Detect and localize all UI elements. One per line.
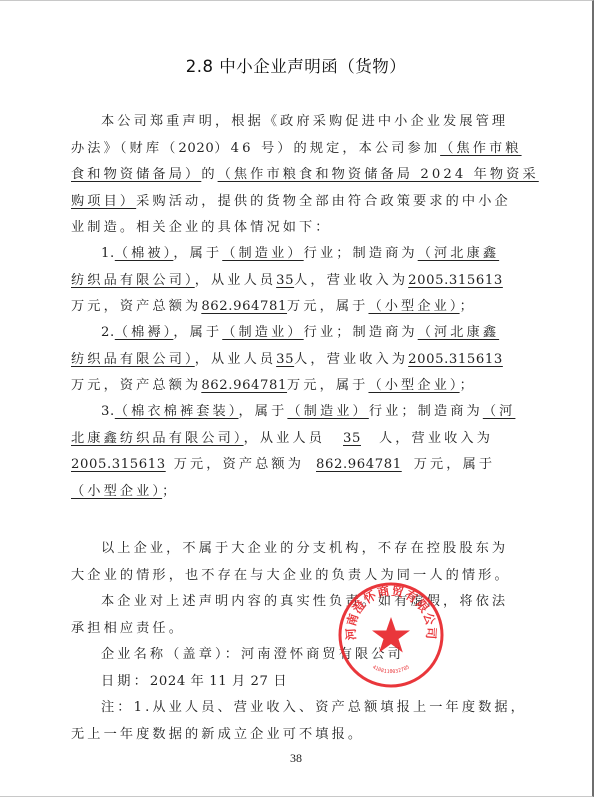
item-index: 3. [101,404,115,419]
text: 办法》（财库（ [71,141,178,156]
text: ，属于 [173,325,222,340]
svg-text:4108110032785: 4108110032785 [371,664,410,675]
seal-code: 4108110032785 [371,664,410,675]
text: 行业；制造商为 [304,246,418,261]
company-seal-stamp: 河南澄怀商贸有限公司 4108110032785 [337,581,445,689]
intro-line-2: 办法》（财库（2020）46 号）的规定，本公司参加（焦作市粮 [71,136,523,163]
signature-block: 企业名称（盖章）：河南澄怀商贸有限公司 日期：2024 年 11 月 27 日 [71,642,523,695]
manufacturer: （河 [483,404,516,419]
statement-line-1: 以上企业，不属于大企业的分支机构，不存在控股股东为 [71,536,523,563]
project-name: （焦作市粮食和物资储备局 2024 年物资采 [218,167,539,182]
document-page: 2.8 中小企业声明函（货物） 本公司郑重声明，根据《政府采购促进中小企业发展管… [0,0,594,797]
text: ，属于 [239,404,288,419]
enterprise-item-3: 3.（棉衣棉裤套装），属于（制造业）行业；制造商为（河 北康鑫纺织品有限公司），… [71,399,523,505]
date-value: 2024 年 11 月 27 日 [150,674,287,689]
text: 万元，属于 [414,457,495,472]
text: ； [460,299,476,314]
text: 人，营业收入为 [294,273,408,288]
product-name: （棉衣棉裤套装） [115,404,239,419]
statement-line-2: 大企业的情形，也不存在与大企业的负责人为同一人的情形。 [71,563,523,590]
statement-line-3: 本企业对上述声明内容的真实性负责。如有虚假，将依法 [71,589,523,616]
page-title: 2.8 中小企业声明函（货物） [0,53,592,77]
text: ； [460,378,476,393]
item-line: （小型企业）； [71,479,523,506]
total-assets: 862.964781 [201,299,287,314]
item-line: 纺织品有限公司），从业人员35人，营业收入为2005.315613 [71,347,523,374]
industry: （制造业） [222,325,303,340]
statement-paragraph: 以上企业，不属于大企业的分支机构，不存在控股股东为 大企业的情形，也不存在与大企… [71,536,523,642]
enterprise-item-1: 1.（棉被），属于（制造业）行业；制造商为（河北康鑫 纺织品有限公司），从业人员… [71,241,523,321]
text: 行业；制造商为 [369,404,483,419]
item-line: 2.（棉褥），属于（制造业）行业；制造商为（河北康鑫 [71,320,523,347]
item-index: 1. [101,246,115,261]
item-line: 北康鑫纺织品有限公司），从业人员35人，营业收入为 [71,426,523,453]
manufacturer: （河北康鑫 [418,325,499,340]
date-label: 日期： [101,674,150,689]
total-assets: 862.964781 [304,457,414,472]
intro-line-5: 业制造。相关企业的具体情况如下： [71,215,523,242]
staff-count: 35 [325,431,379,446]
note-line-1: 注：1.从业人员、营业收入、资产总额填报上一年度数据， [71,695,523,722]
manufacturer: （河北康鑫 [418,246,499,261]
star-icon [372,617,410,653]
date-line: 日期：2024 年 11 月 27 日 [71,669,523,696]
text: 万元，属于 [287,299,368,314]
page-number: 38 [0,751,592,766]
total-assets: 862.964781 [201,378,287,393]
text: ，从业人员 [195,273,276,288]
project-name: 购项目） [71,194,136,209]
purchaser-name: （焦作市粮 [440,141,521,156]
intro-line-3: 食和物资储备局）的（焦作市粮食和物资储备局 2024 年物资采 [71,162,523,189]
text: ，从业人员 [195,352,276,367]
enterprise-size: （小型企业） [71,484,162,499]
text: 万元，资产总额为 [71,299,201,314]
text: ； [162,484,178,499]
company-line: 企业名称（盖章）：河南澄怀商贸有限公司 [71,642,523,669]
staff-count: 35 [276,352,294,367]
text: 万元，属于 [287,378,368,393]
intro-paragraph: 本公司郑重声明，根据《政府采购促进中小企业发展管理 办法》（财库（2020）46… [71,109,523,242]
text: 行业；制造商为 [304,325,418,340]
note-paragraph: 注：1.从业人员、营业收入、资产总额填报上一年度数据， 无上一年度数据的新成立企… [71,695,523,748]
text: 采购活动，提供的货物全部由符合政策要求的中小企 [136,194,511,209]
industry: （制造业） [222,246,303,261]
statement-line-4: 承担相应责任。 [71,616,523,643]
manufacturer: 纺织品有限公司） [71,273,195,288]
product-name: （棉褥） [115,325,174,340]
text: 人，营业收入为 [379,431,493,446]
purchaser-name: 食和物资储备局） [71,167,201,182]
enterprise-size: （小型企业） [368,299,459,314]
intro-line-4: 购项目）采购活动，提供的货物全部由符合政策要求的中小企 [71,189,523,216]
note-line-2: 无上一年度数据的新成立企业可不填报。 [71,722,523,749]
item-line: 3.（棉衣棉裤套装），属于（制造业）行业；制造商为（河 [71,399,523,426]
revenue: 2005.315613 [408,273,503,288]
industry: （制造业） [287,404,368,419]
text: ，属于 [173,246,222,261]
item-line: 2005.315613万元，资产总额为862.964781万元，属于 [71,452,523,479]
text: ）46 号）的规定，本公司参加 [214,141,440,156]
product-name: （棉被） [115,246,174,261]
item-index: 2. [101,325,115,340]
company-label: 企业名称（盖章）： [101,647,241,662]
enterprise-size: （小型企业） [368,378,459,393]
manufacturer: 纺织品有限公司） [71,352,195,367]
intro-line-1: 本公司郑重声明，根据《政府采购促进中小企业发展管理 [71,109,523,136]
item-line: 1.（棉被），属于（制造业）行业；制造商为（河北康鑫 [71,241,523,268]
text: 万元，资产总额为 [71,378,201,393]
year: 2020 [178,141,214,156]
text: 的 [201,167,217,182]
item-line: 纺织品有限公司），从业人员35人，营业收入为2005.315613 [71,268,523,295]
staff-count: 35 [276,273,294,288]
item-line: 万元，资产总额为862.964781万元，属于（小型企业）； [71,373,523,400]
text: ，从业人员 [244,431,325,446]
revenue: 2005.315613 [408,352,503,367]
revenue: 2005.315613 [71,457,174,472]
text: 万元，资产总额为 [174,457,304,472]
text: 人，营业收入为 [294,352,408,367]
manufacturer: 北康鑫纺织品有限公司） [71,431,244,446]
item-line: 万元，资产总额为862.964781万元，属于（小型企业）； [71,294,523,321]
enterprise-item-2: 2.（棉褥），属于（制造业）行业；制造商为（河北康鑫 纺织品有限公司），从业人员… [71,320,523,400]
